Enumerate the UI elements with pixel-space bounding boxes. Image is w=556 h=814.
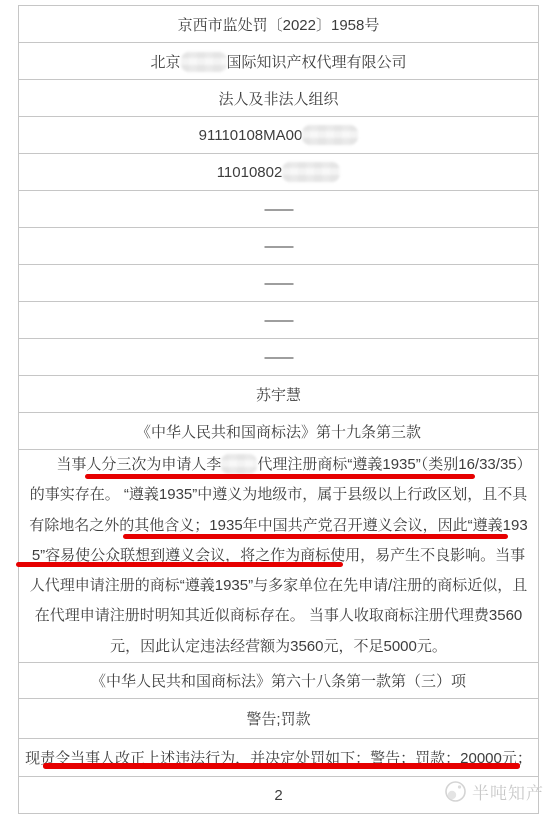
- redaction-blur: [221, 454, 257, 474]
- text-page-number: 2: [274, 787, 282, 804]
- cell-dash-5: ——: [19, 339, 539, 376]
- table-row-party-name: 北京国际知识产权代理有限公司: [19, 43, 539, 80]
- cell-credit-code: 91110108MA00: [19, 117, 539, 154]
- table-row-person-name: 苏宇慧: [19, 376, 539, 413]
- penalty-record-table: 京西市监处罚〔2022〕1958号北京国际知识产权代理有限公司法人及非法人组织9…: [18, 5, 539, 814]
- text-dash-2: ——: [265, 238, 293, 255]
- text-credit-code: 91110108MA00: [199, 127, 303, 144]
- table-row-reg-number: 11010802: [19, 154, 539, 191]
- cell-case-number: 京西市监处罚〔2022〕1958号: [19, 6, 539, 43]
- table-row-credit-code: 91110108MA00: [19, 117, 539, 154]
- table-row-decision: 现责令当事人改正上述违法行为，并决定处罚如下：警告；罚款：20000元；: [19, 739, 539, 777]
- text-party-name: 北京: [150, 54, 180, 71]
- cell-facts: 当事人分三次为申请人李代理注册商标“遵義1935”（类别16/33/35）的事实…: [19, 450, 539, 663]
- panda-circle-logo-icon: [444, 780, 467, 803]
- table-row-dash-5: ——: [19, 339, 539, 376]
- cell-penalty-type: 警告;罚款: [19, 699, 539, 739]
- table-row-legal-basis-1: 《中华人民共和国商标法》第十九条第三款: [19, 413, 539, 450]
- cell-decision: 现责令当事人改正上述违法行为，并决定处罚如下：警告；罚款：20000元；: [19, 739, 539, 777]
- cell-dash-3: ——: [19, 265, 539, 302]
- text-legal-basis-2: 《中华人民共和国商标法》第六十八条第一款第（三）项: [91, 673, 466, 690]
- penalty-document-page: 京西市监处罚〔2022〕1958号北京国际知识产权代理有限公司法人及非法人组织9…: [0, 0, 556, 814]
- cell-party-type: 法人及非法人组织: [19, 80, 539, 117]
- table-row-case-number: 京西市监处罚〔2022〕1958号: [19, 6, 539, 43]
- table-row-dash-2: ——: [19, 228, 539, 265]
- cell-legal-basis-2: 《中华人民共和国商标法》第六十八条第一款第（三）项: [19, 663, 539, 699]
- cell-person-name: 苏宇慧: [19, 376, 539, 413]
- text-reg-number: 11010802: [217, 164, 283, 181]
- redaction-blur: [282, 162, 340, 182]
- penalty-table-body: 京西市监处罚〔2022〕1958号北京国际知识产权代理有限公司法人及非法人组织9…: [19, 6, 539, 814]
- table-row-dash-4: ——: [19, 302, 539, 339]
- table-row-penalty-type: 警告;罚款: [19, 699, 539, 739]
- text-party-name: 国际知识产权代理有限公司: [227, 54, 407, 71]
- watermark: 半吨知产: [444, 779, 544, 804]
- red-underline-annotation: [16, 562, 343, 567]
- text-dash-5: ——: [265, 349, 293, 366]
- text-facts: 代理注册商标“遵義1935”（类别16/33/35）的事实存在。 “遵義1935…: [29, 456, 531, 655]
- table-row-legal-basis-2: 《中华人民共和国商标法》第六十八条第一款第（三）项: [19, 663, 539, 699]
- text-person-name: 苏宇慧: [256, 387, 301, 404]
- table-row-dash-3: ——: [19, 265, 539, 302]
- table-row-facts: 当事人分三次为申请人李代理注册商标“遵義1935”（类别16/33/35）的事实…: [19, 450, 539, 663]
- cell-party-name: 北京国际知识产权代理有限公司: [19, 43, 539, 80]
- watermark-text: 半吨知产: [472, 779, 544, 804]
- cell-dash-1: ——: [19, 191, 539, 228]
- text-case-number: 京西市监处罚〔2022〕1958号: [178, 17, 380, 34]
- red-underline-annotation: [85, 474, 475, 479]
- table-row-party-type: 法人及非法人组织: [19, 80, 539, 117]
- text-dash-3: ——: [265, 275, 293, 292]
- red-underline-annotation: [123, 534, 508, 539]
- red-underline-annotation: [43, 763, 520, 769]
- text-penalty-type: 警告;罚款: [246, 711, 310, 728]
- cell-dash-4: ——: [19, 302, 539, 339]
- text-facts: 当事人分三次为申请人李: [56, 456, 221, 473]
- cell-reg-number: 11010802: [19, 154, 539, 191]
- cell-dash-2: ——: [19, 228, 539, 265]
- redaction-blur: [302, 125, 358, 145]
- text-party-type: 法人及非法人组织: [218, 91, 338, 108]
- text-legal-basis-1: 《中华人民共和国商标法》第十九条第三款: [136, 424, 421, 441]
- text-dash-4: ——: [265, 312, 293, 329]
- redaction-blur: [181, 52, 227, 72]
- table-row-dash-1: ——: [19, 191, 539, 228]
- text-dash-1: ——: [265, 201, 293, 218]
- cell-legal-basis-1: 《中华人民共和国商标法》第十九条第三款: [19, 413, 539, 450]
